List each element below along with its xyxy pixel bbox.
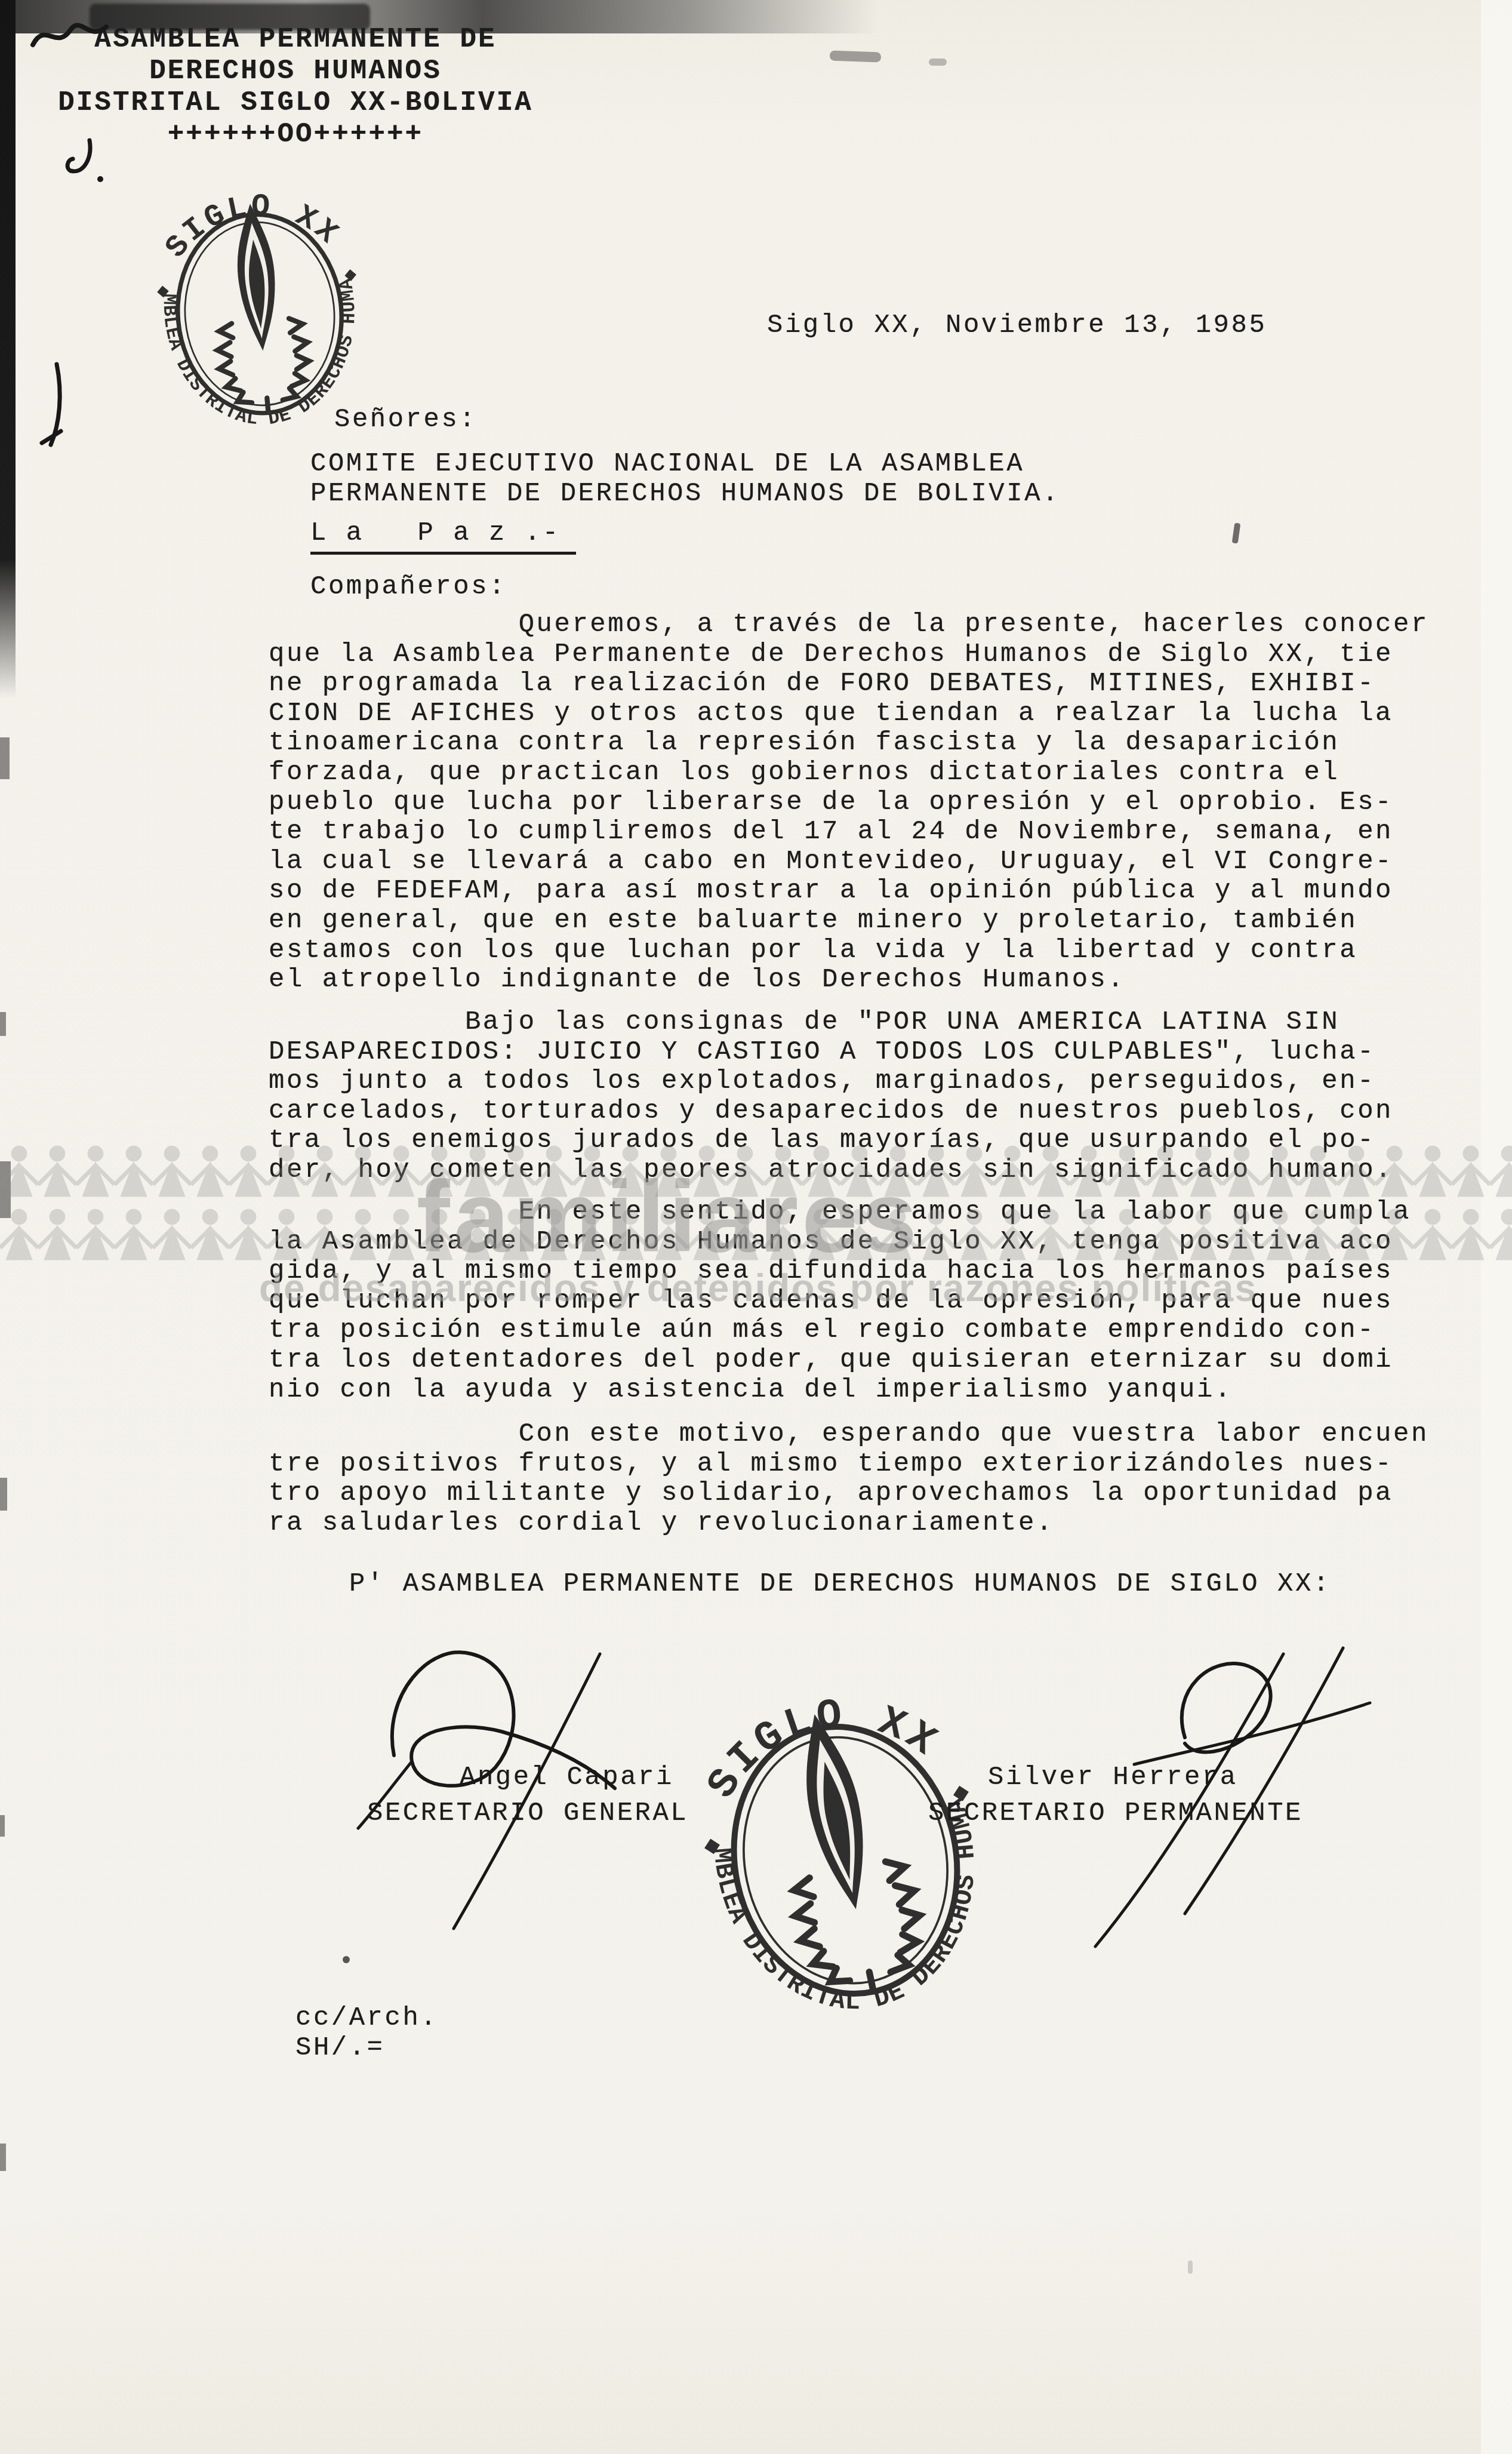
signature-right-title: SECRETARIO PERMANENTE (928, 1798, 1303, 1828)
recipient-org: COMITE EJECUTIVO NACIONAL DE LA ASAMBLEA… (310, 449, 1060, 509)
scan-artifact-right-edge (1481, 0, 1512, 2454)
scan-mark (1188, 2261, 1193, 2274)
scan-edge-dash (0, 1161, 11, 1218)
city-text: L a P a z .- (310, 518, 576, 555)
letterhead-divider: ++++++OO++++++ (33, 119, 558, 150)
letterhead: ASAMBLEA PERMANENTE DE DERECHOS HUMANOS … (33, 24, 558, 150)
signature-right-stroke (1182, 1663, 1271, 1752)
scan-edge-dash (0, 2144, 6, 2171)
handwriting-dot (97, 176, 103, 182)
letterhead-line-1: ASAMBLEA PERMANENTE DE (33, 24, 558, 56)
salutation: Señores: (334, 405, 477, 435)
scan-edge-dash (0, 1815, 5, 1837)
signature-right-stroke (1134, 1703, 1370, 1764)
scan-edge-dash (0, 1478, 7, 1511)
footer: cc/Arch. SH/.= (295, 2003, 438, 2063)
footer-cc: cc/Arch. (295, 2003, 438, 2033)
body-paragraph-2: Bajo las consignas de "POR UNA AMERICA L… (269, 1008, 1468, 1186)
recipient-org-line-1: COMITE EJECUTIVO NACIONAL DE LA ASAMBLEA (310, 449, 1060, 479)
letterhead-line-3: DISTRITAL SIGLO XX-BOLIVIA (33, 87, 558, 119)
footer-initials: SH/.= (295, 2033, 438, 2063)
handwriting-check (42, 364, 61, 445)
letterhead-line-2: DERECHOS HUMANOS (33, 56, 558, 87)
body-paragraph-3: En este sentido, esperamos que la labor … (269, 1198, 1468, 1405)
closing-line: P' ASAMBLEA PERMANENTE DE DERECHOS HUMAN… (349, 1569, 1331, 1599)
scanned-letter-page: ASAMBLEA PERMANENTE DE DERECHOS HUMANOS … (0, 0, 1512, 2454)
scan-edge-dash (0, 1012, 6, 1036)
body-paragraph-1: Queremos, a través de la presente, hacer… (269, 610, 1468, 995)
signature-left-title: SECRETARIO GENERAL (367, 1798, 688, 1828)
scan-mark (1232, 522, 1241, 543)
signature-right-name: Silver Herrera (988, 1763, 1238, 1792)
greeting: Compañeros: (310, 572, 507, 602)
signature-left-name: Angel Capari (460, 1763, 674, 1792)
scan-artifact-left-edge (0, 0, 16, 699)
scan-smudge (830, 51, 882, 63)
date-line: Siglo XX, Noviembre 13, 1985 (767, 310, 1267, 340)
scan-smudge (929, 59, 947, 66)
scan-edge-dash (0, 737, 10, 779)
body-paragraph-4: Con este motivo, esperando que vuestra l… (269, 1420, 1468, 1538)
city-line: L a P a z .- (310, 518, 576, 548)
org-stamp-bottom: SIGLO XX ASAMBLEA DISTRITAL DE DERECHOS … (655, 1621, 1028, 2063)
recipient-org-line-2: PERMANENTE DE DERECHOS HUMANOS DE BOLIVI… (310, 479, 1060, 509)
scan-dot (343, 1956, 350, 1963)
